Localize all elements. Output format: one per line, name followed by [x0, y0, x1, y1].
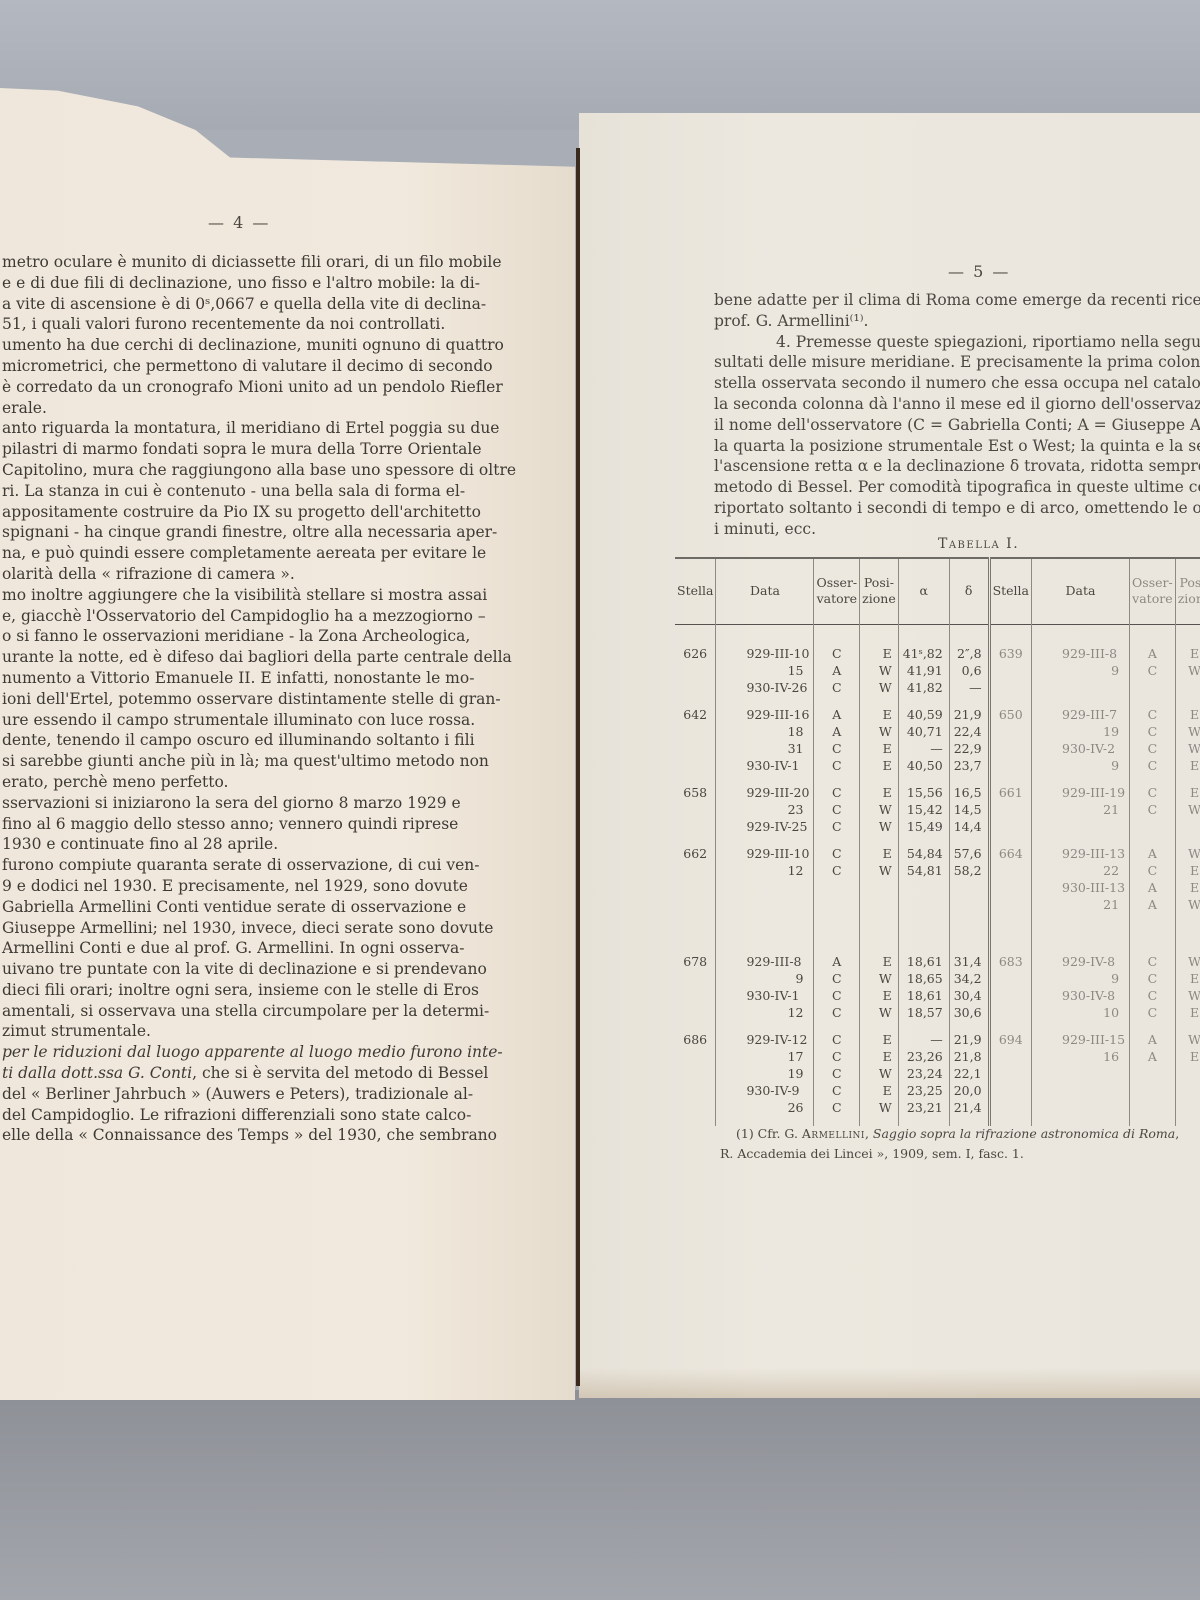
table-header-row: Stella Data Osser-vatore Posi-zione α δ … — [675, 558, 1200, 624]
footnote-line-2: R. Accademia dei Lincei », 1909, sem. I,… — [720, 1144, 1179, 1164]
table-cell: C — [1130, 801, 1175, 818]
table-cell — [991, 818, 1031, 835]
table-cell: 31,4 — [954, 953, 988, 970]
table-cell — [991, 801, 1031, 818]
right-page-number: — 5 — — [948, 262, 1010, 281]
table-cell: W — [860, 1004, 898, 1021]
text-line: zimut strumentale. — [2, 1021, 462, 1042]
table-cell: C — [814, 1065, 859, 1082]
table-cell: 41,91 — [903, 662, 949, 679]
table-cell: 15 — [746, 662, 809, 679]
text-line: ioni dell'Ertel, potemmo osservare disti… — [2, 689, 462, 710]
footnote-author: Armellini — [802, 1126, 865, 1141]
text-line: si sarebbe giunti anche più in là; ma qu… — [2, 751, 462, 772]
text-line: 51, i quali valori furono recentemente d… — [2, 314, 462, 335]
table-cell: 14,5 — [954, 801, 988, 818]
table-cell: 9 — [1062, 757, 1125, 774]
background-top — [0, 0, 1200, 130]
header-alpha: α — [898, 558, 949, 624]
table-cell: 12 — [746, 1004, 809, 1021]
table-cell: E — [1176, 1048, 1200, 1065]
table-cell: 930-III-13 — [1062, 879, 1125, 896]
table-cell: 929-III-15 — [1062, 1031, 1125, 1048]
table-cell: 21 — [1062, 896, 1125, 913]
table-cell: 12 — [746, 862, 809, 879]
table-cell: 23,21 — [903, 1099, 949, 1116]
table-cell: 929-III-8 — [746, 953, 809, 970]
column-data: 929-III-1015930-IV-26929-III-161831930-I… — [716, 624, 814, 1126]
table-cell — [1130, 679, 1175, 696]
text-line: ti dalla dott.ssa G. Conti, che si è ser… — [2, 1063, 462, 1084]
table-cell: 21,4 — [954, 1099, 988, 1116]
text-line: del « Berliner Jahrbuch » (Auwers e Pete… — [2, 1084, 462, 1105]
text-line: bene adatte per il clima di Roma come em… — [714, 290, 1200, 311]
text-line: sservazioni si iniziarono la sera del gi… — [2, 793, 462, 814]
text-line: appositamente costruire da Pio IX su pro… — [2, 502, 462, 523]
table-cell: 642 — [675, 706, 715, 723]
column-posizione-2: EWEWWEEWWEEWWEWEWE — [1175, 624, 1200, 1126]
table-cell: 22,4 — [954, 723, 988, 740]
table-cell: 18,61 — [903, 953, 949, 970]
table-cell: W — [860, 1099, 898, 1116]
right-page-body: bene adatte per il clima di Roma come em… — [714, 290, 1200, 540]
table-cell: 22 — [1062, 862, 1125, 879]
table-cell: W — [860, 818, 898, 835]
table-cell: 18,65 — [903, 970, 949, 987]
text-line: ri. La stanza in cui è contenuto - una b… — [2, 481, 462, 502]
table-cell — [675, 679, 715, 696]
table-cell: 17 — [746, 1048, 809, 1065]
text-line: e e di due fili di declinazione, uno fis… — [2, 273, 462, 294]
table-cell: 662 — [675, 845, 715, 862]
table-cell — [991, 862, 1031, 879]
table-cell: 16 — [1062, 1048, 1125, 1065]
table-cell: W — [1176, 845, 1200, 862]
text-line: na, e può quindi essere completamente ae… — [2, 543, 462, 564]
text-line: urante la notte, ed è difeso dai baglior… — [2, 647, 462, 668]
text-line: dente, tenendo il campo oscuro ed illumi… — [2, 730, 462, 751]
table-cell: 16,5 — [954, 784, 988, 801]
table-cell — [746, 879, 809, 896]
table-cell: C — [814, 740, 859, 757]
table-cell — [675, 1048, 715, 1065]
table-cell: 9 — [746, 970, 809, 987]
table-cell: 929-III-20 — [746, 784, 809, 801]
table-cell: 18,57 — [903, 1004, 949, 1021]
text-line: per le riduzioni dal luogo apparente al … — [2, 1042, 462, 1063]
table-cell: 15,56 — [903, 784, 949, 801]
text-line: Armellini Conti e due al prof. G. Armell… — [2, 938, 462, 959]
table-cell: 22,1 — [954, 1065, 988, 1082]
table-cell: 31 — [746, 740, 809, 757]
table-cell: 21,9 — [954, 706, 988, 723]
table-cell: C — [1130, 862, 1175, 879]
table-cell — [1176, 1099, 1200, 1116]
background-bottom — [0, 1390, 1200, 1600]
table-cell — [991, 1082, 1031, 1099]
table-cell: A — [814, 706, 859, 723]
table-cell: W — [1176, 662, 1200, 679]
table-cell: 14,4 — [954, 818, 988, 835]
table-cell: 929-IV-8 — [1062, 953, 1125, 970]
table-cell: C — [814, 1031, 859, 1048]
table-cell: E — [860, 987, 898, 1004]
table-cell: W — [860, 801, 898, 818]
table-cell: E — [860, 706, 898, 723]
italic-text: ti dalla dott.ssa G. Conti — [2, 1064, 192, 1082]
table-cell: 23,7 — [954, 757, 988, 774]
table-cell: E — [860, 784, 898, 801]
text-line: l'ascensione retta α e la declinazione δ… — [714, 456, 1200, 477]
table-cell: W — [1176, 1031, 1200, 1048]
table-cell — [903, 879, 949, 896]
table-cell: W — [1176, 987, 1200, 1004]
table-cell: E — [860, 1048, 898, 1065]
left-page-body: metro oculare è munito di diciassette fi… — [2, 252, 462, 1146]
table-cell: A — [814, 723, 859, 740]
text-line: Giuseppe Armellini; nel 1930, invece, di… — [2, 918, 462, 939]
table-cell: 930-IV-9 — [746, 1082, 809, 1099]
table-cell: 23,24 — [903, 1065, 949, 1082]
table-cell: A — [814, 662, 859, 679]
text-line: numento a Vittorio Emanuele II. E infatt… — [2, 668, 462, 689]
header-data-2: Data — [1032, 558, 1130, 624]
table-cell — [1062, 679, 1125, 696]
table-cell: E — [1176, 706, 1200, 723]
column-alpha: 41ˢ,8241,9141,8240,5940,71—40,5015,5615,… — [898, 624, 949, 1126]
table-cell — [675, 1099, 715, 1116]
column-data-2: 929-III-89929-III-719930-IV-29929-III-19… — [1032, 624, 1130, 1126]
table-cell: 929-III-10 — [746, 845, 809, 862]
table-cell — [1176, 818, 1200, 835]
text-line: erale. — [2, 398, 462, 419]
table-cell: A — [1130, 896, 1175, 913]
table-cell: 40,71 — [903, 723, 949, 740]
table-cell: C — [1130, 757, 1175, 774]
table-cell: 54,81 — [903, 862, 949, 879]
table-cell: 15,42 — [903, 801, 949, 818]
table-cell — [991, 740, 1031, 757]
table-cell: 929-IV-12 — [746, 1031, 809, 1048]
table-cell: E — [860, 953, 898, 970]
table-cell: C — [1130, 706, 1175, 723]
table-cell: W — [1176, 740, 1200, 757]
text-line: a vite di ascensione è di 0ˢ,0667 e quel… — [2, 294, 462, 315]
table-cell: C — [814, 801, 859, 818]
table-cell: C — [814, 818, 859, 835]
table-cell: C — [1130, 970, 1175, 987]
table-cell — [991, 987, 1031, 1004]
table-cell: A — [1130, 879, 1175, 896]
text-line: stella osservata secondo il numero che e… — [714, 373, 1200, 394]
table-cell: 34,2 — [954, 970, 988, 987]
table-cell: A — [814, 953, 859, 970]
observation-table: Stella Data Osser-vatore Posi-zione α δ … — [675, 557, 1200, 1126]
table-cell: 40,50 — [903, 757, 949, 774]
table-cell — [675, 970, 715, 987]
table-cell: 58,2 — [954, 862, 988, 879]
text-line: elle della « Connaissance des Temps » de… — [2, 1125, 462, 1146]
header-stella: Stella — [675, 558, 716, 624]
table-cell — [991, 1048, 1031, 1065]
column-stella: 626642658662678686 — [675, 624, 716, 1126]
table-cell — [675, 1065, 715, 1082]
table-cell: 658 — [675, 784, 715, 801]
table-cell: W — [1176, 723, 1200, 740]
column-osservatore-2: ACCCCCCCACAACCCCAA — [1130, 624, 1176, 1126]
table-cell: W — [860, 662, 898, 679]
text-line: erato, perchè meno perfetto. — [2, 772, 462, 793]
header-delta: δ — [949, 558, 989, 624]
table-cell: C — [814, 645, 859, 662]
table-cell: E — [860, 757, 898, 774]
table-cell: A — [1130, 1048, 1175, 1065]
text-line: pilastri di marmo fondati sopra le mura … — [2, 439, 462, 460]
table-cell: E — [860, 740, 898, 757]
text-line: mo inoltre aggiungere che la visibilità … — [2, 585, 462, 606]
text-line: Gabriella Armellini Conti ventidue serat… — [2, 897, 462, 918]
table-cell: E — [1176, 970, 1200, 987]
text-line: micrometrici, che permettono di valutare… — [2, 356, 462, 377]
table-cell: 929-III-8 — [1062, 645, 1125, 662]
table-cell — [991, 879, 1031, 896]
table-cell — [1130, 1099, 1175, 1116]
table-cell: — — [903, 740, 949, 757]
table-cell: W — [860, 862, 898, 879]
table-cell — [675, 662, 715, 679]
table-cell: — — [903, 1031, 949, 1048]
header-osservatore-2: Osser-vatore — [1130, 558, 1176, 624]
text: , che si è servita del metodo di Bessel — [192, 1064, 488, 1082]
table-cell: C — [814, 1004, 859, 1021]
table-cell: C — [814, 987, 859, 1004]
table-cell — [675, 818, 715, 835]
text-line: e, giacchè l'Osservatorio del Campidogli… — [2, 606, 462, 627]
text-line: 9 e dodici nel 1930. E precisamente, nel… — [2, 876, 462, 897]
table-cell — [991, 757, 1031, 774]
table-cell: C — [814, 862, 859, 879]
table-cell: 30,6 — [954, 1004, 988, 1021]
text-line: fino al 6 maggio dello stesso anno; venn… — [2, 814, 462, 835]
table-cell: 626 — [675, 645, 715, 662]
table-cell: C — [814, 1099, 859, 1116]
table-cell — [954, 896, 988, 913]
table-cell: 20,0 — [954, 1082, 988, 1099]
table-cell: C — [1130, 784, 1175, 801]
table-cell: 2″,8 — [954, 645, 988, 662]
table-cell: E — [860, 645, 898, 662]
table-cell — [675, 879, 715, 896]
table-cell — [991, 1099, 1031, 1116]
table-cell — [1130, 1065, 1175, 1082]
table-cell: W — [1176, 896, 1200, 913]
table-cell: E — [860, 845, 898, 862]
header-posizione: Posi-zione — [860, 558, 899, 624]
table-cell: 18,61 — [903, 987, 949, 1004]
table-cell: E — [1176, 879, 1200, 896]
table-cell: 21,9 — [954, 1031, 988, 1048]
table-cell: A — [1130, 845, 1175, 862]
table-cell — [675, 757, 715, 774]
table-cell: W — [860, 1065, 898, 1082]
table-cell: A — [1130, 645, 1175, 662]
table-cell — [991, 1065, 1031, 1082]
footnote-title: Saggio sopra la rifrazione astronomica d… — [873, 1126, 1175, 1141]
header-osservatore: Osser-vatore — [814, 558, 860, 624]
table-cell: 678 — [675, 953, 715, 970]
text-line: spignani - ha cinque grandi finestre, ol… — [2, 522, 462, 543]
table-cell: C — [1130, 987, 1175, 1004]
table-cell — [954, 879, 988, 896]
table-cell: 930-IV-8 — [1062, 987, 1125, 1004]
table-cell: C — [1130, 740, 1175, 757]
text-line: dieci fili orari; inoltre ogni sera, ins… — [2, 980, 462, 1001]
table-cell — [675, 801, 715, 818]
table-cell: 650 — [991, 706, 1031, 723]
text-line: prof. G. Armellini⁽¹⁾. — [714, 311, 1200, 332]
header-stella-2: Stella — [989, 558, 1031, 624]
table-cell: — — [954, 679, 988, 696]
text-line: metodo di Bessel. Per comodità tipografi… — [714, 477, 1200, 498]
table-cell: C — [814, 970, 859, 987]
table-cell: 929-III-19 — [1062, 784, 1125, 801]
table-cell: E — [860, 1031, 898, 1048]
table-cell: E — [1176, 784, 1200, 801]
table-cell: 23,25 — [903, 1082, 949, 1099]
column-osservatore: CACAACCCCCCCACCCCCCCC — [814, 624, 860, 1126]
table-cell: 930-IV-1 — [746, 757, 809, 774]
table-cell: 18 — [746, 723, 809, 740]
text-line: riportato soltanto i secondi di tempo e … — [714, 498, 1200, 519]
table-cell: C — [1130, 1004, 1175, 1021]
table-cell — [1130, 1082, 1175, 1099]
table-cell — [991, 662, 1031, 679]
table-cell — [991, 679, 1031, 696]
table-cell: 26 — [746, 1099, 809, 1116]
table-cell: 23,26 — [903, 1048, 949, 1065]
table-cell: 41ˢ,82 — [903, 645, 949, 662]
table-cell: 929-III-16 — [746, 706, 809, 723]
table-cell: 30,4 — [954, 987, 988, 1004]
table-cell — [1062, 1065, 1125, 1082]
table-cell — [675, 1004, 715, 1021]
header-data: Data — [716, 558, 814, 624]
text-line: 4. Premesse queste spiegazioni, riportia… — [714, 332, 1200, 353]
text-line: sultati delle misure meridiane. E precis… — [714, 352, 1200, 373]
table-cell: C — [1130, 953, 1175, 970]
table-cell — [860, 896, 898, 913]
table-cell: W — [1176, 953, 1200, 970]
left-page-number: — 4 — — [208, 213, 270, 232]
text-line: la quarta la posizione strumentale Est o… — [714, 436, 1200, 457]
table-cell — [814, 896, 859, 913]
footnote-line-1: (1) Cfr. G. Armellini, Saggio sopra la r… — [720, 1124, 1179, 1144]
table-cell: W — [860, 679, 898, 696]
column-delta: 2″,80,6—21,922,422,923,716,514,514,457,6… — [949, 624, 989, 1126]
table-cell — [1062, 818, 1125, 835]
text-line: amentali, si osservava una stella circum… — [2, 1001, 462, 1022]
table-cell: 41,82 — [903, 679, 949, 696]
table-cell: 0,6 — [954, 662, 988, 679]
table-cell: C — [814, 757, 859, 774]
table-cell: W — [1176, 801, 1200, 818]
table-cell: C — [1130, 723, 1175, 740]
table-cell: 661 — [991, 784, 1031, 801]
column-posizione: EWWEWEEEWWEWEWEWEEWEW — [860, 624, 899, 1126]
table-cell: 930-IV-26 — [746, 679, 809, 696]
table-cell — [746, 896, 809, 913]
table-cell: 929-III-7 — [1062, 706, 1125, 723]
text-line: ure essendo il campo strumentale illumin… — [2, 710, 462, 731]
table-cell: 22,9 — [954, 740, 988, 757]
table-cell: C — [1130, 662, 1175, 679]
table-cell — [991, 723, 1031, 740]
table-cell: 9 — [1062, 662, 1125, 679]
table-cell — [1176, 1065, 1200, 1082]
table-cell — [1062, 1099, 1125, 1116]
table-cell: C — [814, 784, 859, 801]
table-cell — [1176, 679, 1200, 696]
table-cell: E — [1176, 645, 1200, 662]
table-cell: 19 — [746, 1065, 809, 1082]
text-line: umento ha due cerchi di declinazione, mu… — [2, 335, 462, 356]
column-stella-2: 639650661664683694 — [989, 624, 1031, 1126]
table-cell: 9 — [1062, 970, 1125, 987]
table-cell — [675, 896, 715, 913]
table-cell: C — [814, 845, 859, 862]
table-cell: 686 — [675, 1031, 715, 1048]
text-line: o si fanno le osservazioni meridiane - l… — [2, 626, 462, 647]
table-cell: 664 — [991, 845, 1031, 862]
table-cell: 54,84 — [903, 845, 949, 862]
table-cell: 683 — [991, 953, 1031, 970]
table-cell: 639 — [991, 645, 1031, 662]
table-cell: W — [860, 970, 898, 987]
table-body: 626642658662678686 929-III-1015930-IV-26… — [675, 624, 1200, 1126]
table-cell — [1130, 818, 1175, 835]
table-cell: 10 — [1062, 1004, 1125, 1021]
table-cell: 929-III-10 — [746, 645, 809, 662]
table-cell: 929-III-13 — [1062, 845, 1125, 862]
table-cell: 15,49 — [903, 818, 949, 835]
text-line: Capitolino, mura che raggiungono alla ba… — [2, 460, 462, 481]
italic-text: per le riduzioni dal luogo apparente al … — [2, 1043, 503, 1061]
table-cell — [675, 987, 715, 1004]
table-cell — [903, 896, 949, 913]
table-cell — [991, 896, 1031, 913]
table-cell: 930-IV-2 — [1062, 740, 1125, 757]
table-cell — [1062, 1082, 1125, 1099]
table-cell — [675, 1082, 715, 1099]
book-spine — [576, 148, 580, 1386]
header-posizione-2: Posi-zione — [1175, 558, 1200, 624]
table-cell: A — [1130, 1031, 1175, 1048]
table-cell — [675, 862, 715, 879]
table-cell: 23 — [746, 801, 809, 818]
table-cell: E — [1176, 757, 1200, 774]
table-cell: 21,8 — [954, 1048, 988, 1065]
table-cell: E — [860, 1082, 898, 1099]
table-cell — [991, 1004, 1031, 1021]
table-cell: 21 — [1062, 801, 1125, 818]
footnote: (1) Cfr. G. Armellini, Saggio sopra la r… — [720, 1124, 1179, 1164]
table-cell: 19 — [1062, 723, 1125, 740]
table-cell: 930-IV-1 — [746, 987, 809, 1004]
table-cell: 694 — [991, 1031, 1031, 1048]
table-cell — [1176, 1082, 1200, 1099]
text-line: 1930 e continuate fino al 28 aprile. — [2, 834, 462, 855]
table-cell: 929-IV-25 — [746, 818, 809, 835]
